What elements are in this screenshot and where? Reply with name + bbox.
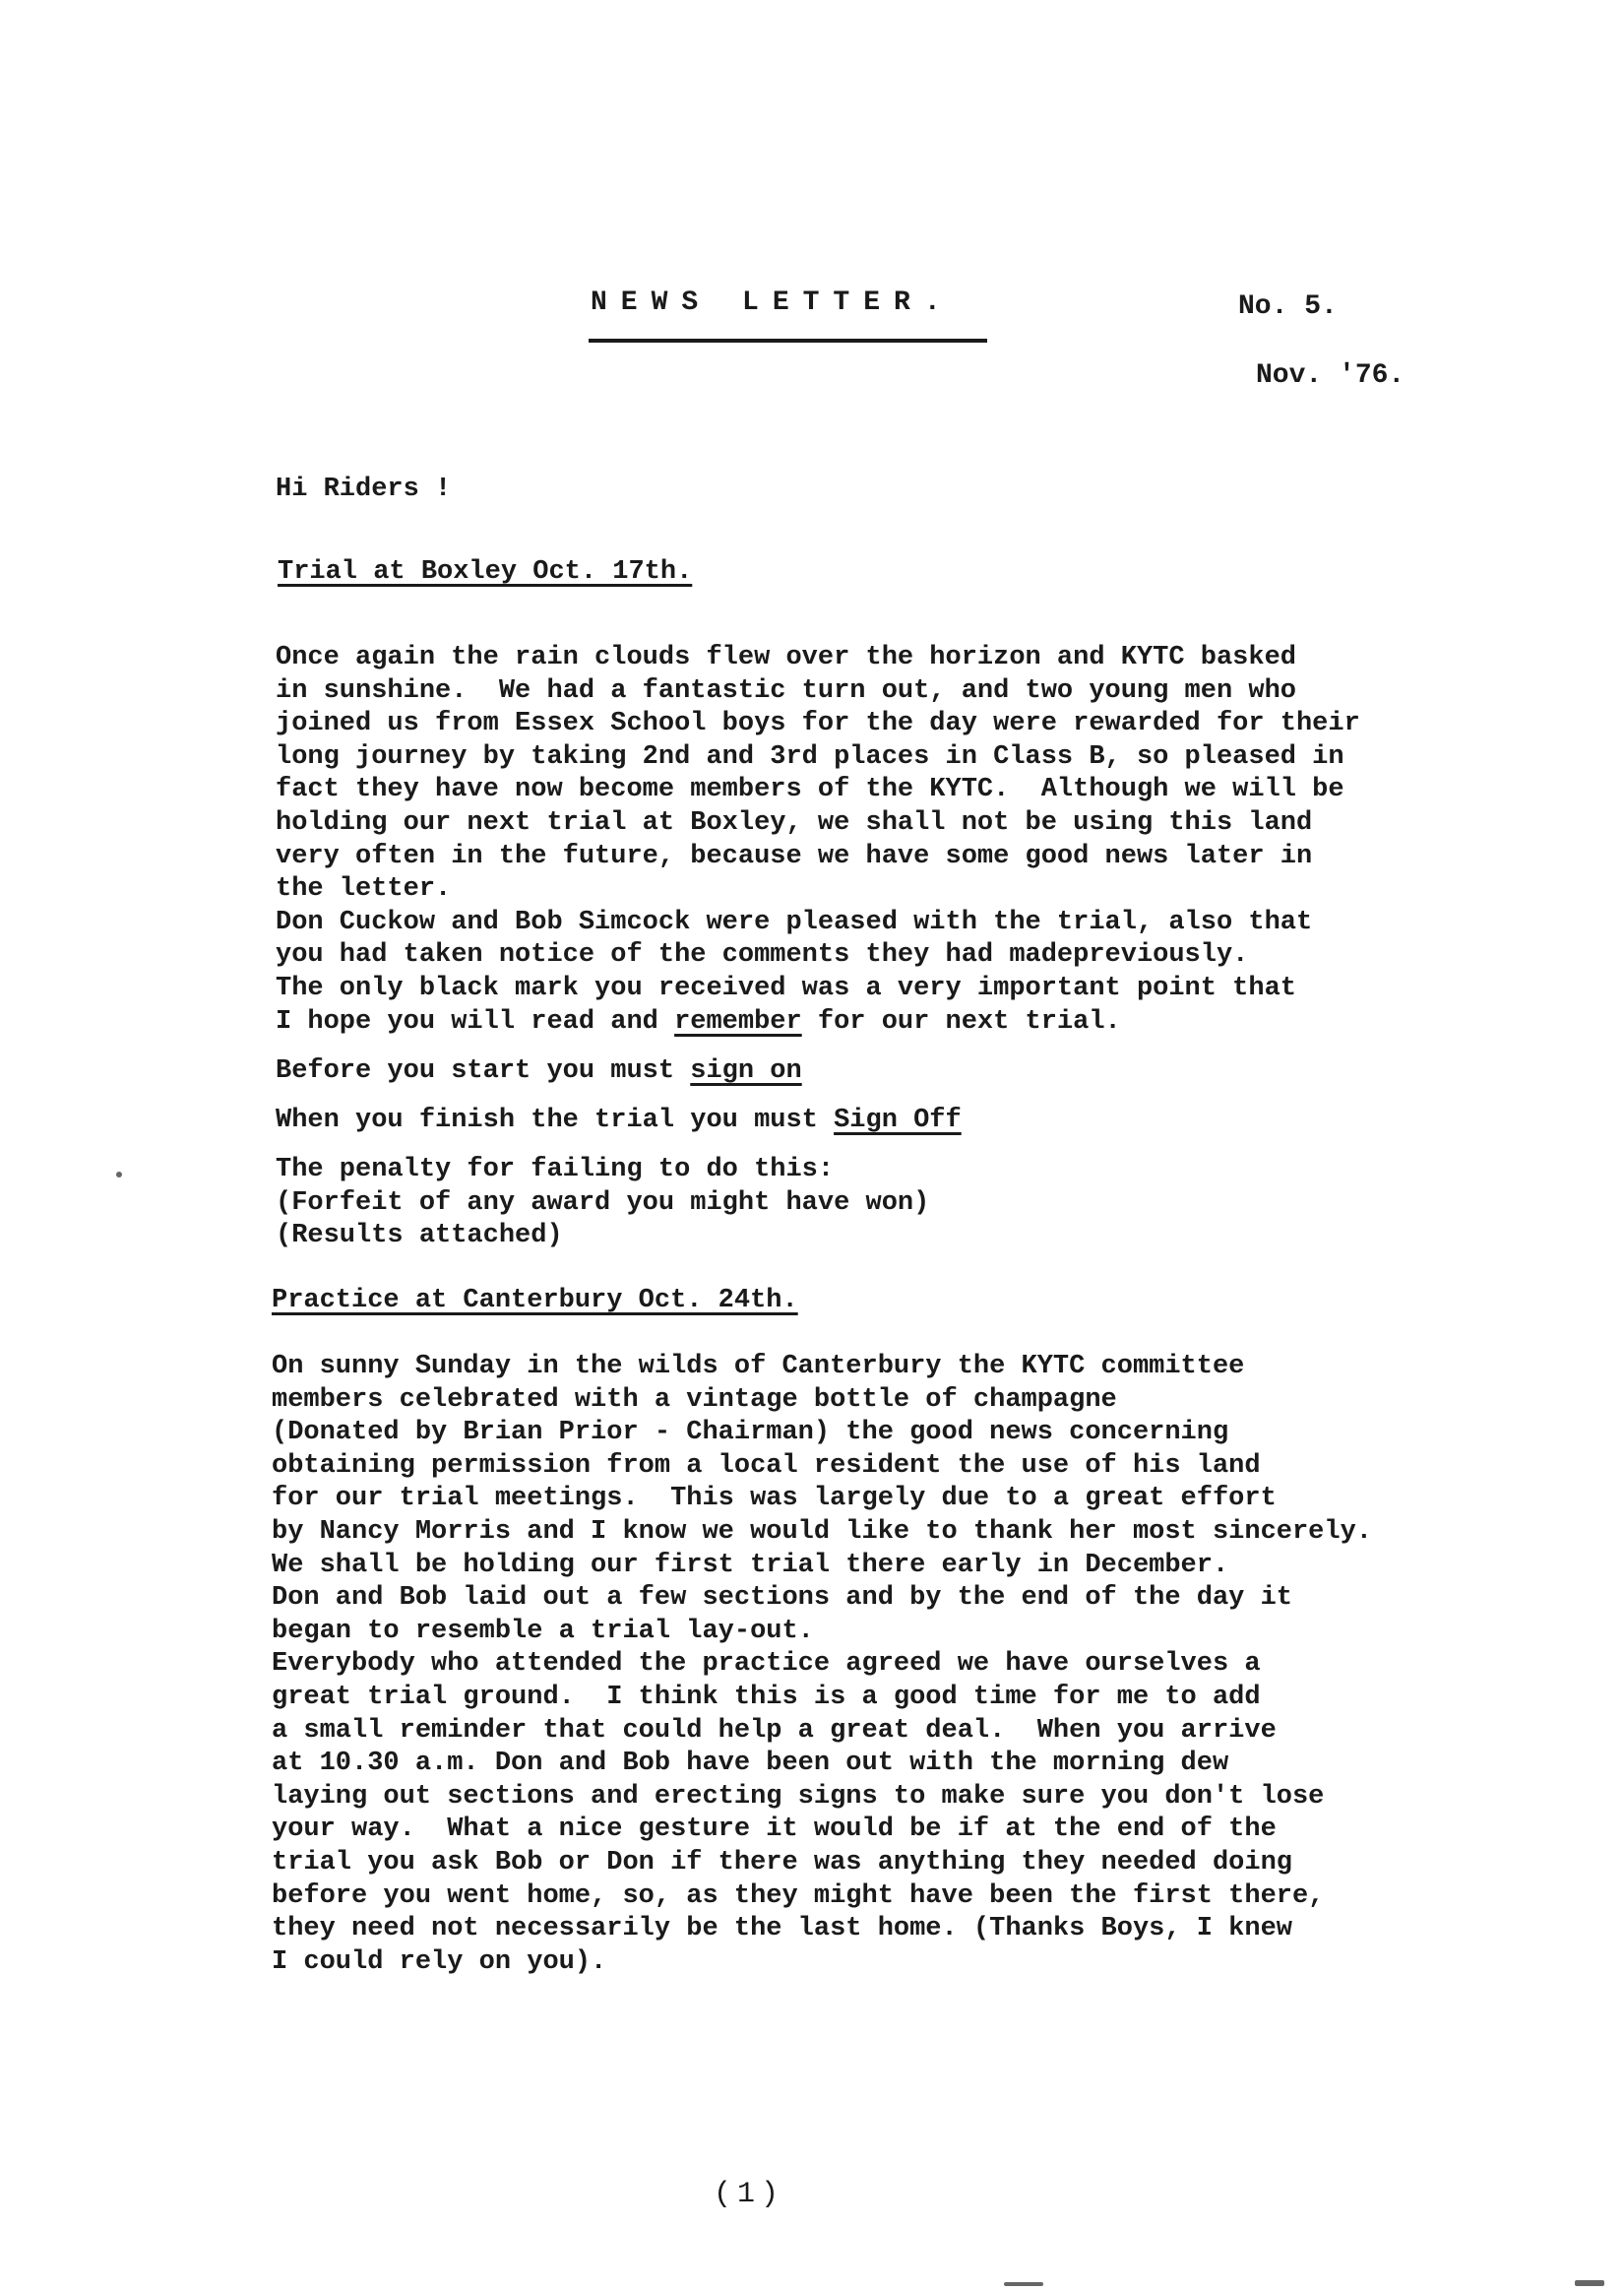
paragraph-line: long journey by taking 2nd and 3rd place… — [276, 741, 1360, 775]
sign-on-emphasis: sign on — [690, 1056, 801, 1086]
paragraph-line: I could rely on you). — [272, 1946, 1372, 1980]
newsletter-page: NEWS LETTER. No. 5. Nov. '76. Hi Riders … — [0, 0, 1624, 2292]
penalty-line: (Forfeit of any award you might have won… — [276, 1187, 929, 1221]
paragraph-line: laying out sections and erecting signs t… — [272, 1781, 1372, 1814]
paragraph-line: On sunny Sunday in the wilds of Canterbu… — [272, 1351, 1372, 1384]
paragraph-line: The only black mark you received was a v… — [276, 973, 1360, 1006]
paragraph-line: Everybody who attended the practice agre… — [272, 1648, 1372, 1682]
page-number: (1) — [714, 2178, 784, 2211]
paragraph-line: for our trial meetings. This was largely… — [272, 1483, 1372, 1516]
scan-speck — [1004, 2282, 1043, 2286]
issue-number: No. 5. — [1238, 291, 1338, 322]
remember-emphasis: remember — [674, 1007, 802, 1037]
paragraph-line: members celebrated with a vintage bottle… — [272, 1384, 1372, 1418]
scan-speck — [1575, 2280, 1604, 2286]
section-heading-canterbury: Practice at Canterbury Oct. 24th. — [272, 1286, 798, 1315]
remember-line: I hope you will read and remember for ou… — [276, 1006, 1360, 1040]
issue-date: Nov. '76. — [1256, 360, 1405, 391]
paragraph-line: they need not necessarily be the last ho… — [272, 1913, 1372, 1946]
paragraph-line: your way. What a nice gesture it would b… — [272, 1814, 1372, 1847]
greeting: Hi Riders ! — [276, 475, 451, 504]
paragraph-line: Don Cuckow and Bob Simcock were pleased … — [276, 907, 1360, 940]
sign-off-line: When you finish the trial you must Sign … — [276, 1105, 962, 1138]
paragraph-line: at 10.30 a.m. Don and Bob have been out … — [272, 1748, 1372, 1781]
scan-speck — [116, 1172, 122, 1178]
canterbury-paragraph: On sunny Sunday in the wilds of Canterbu… — [272, 1351, 1372, 1979]
paragraph-line: in sunshine. We had a fantastic turn out… — [276, 675, 1360, 709]
sign-on-line: Before you start you must sign on — [276, 1055, 802, 1089]
boxley-paragraph: Once again the rain clouds flew over the… — [276, 642, 1360, 1039]
penalty-block: The penalty for failing to do this:(Forf… — [276, 1154, 929, 1253]
paragraph-line: a small reminder that could help a great… — [272, 1715, 1372, 1749]
paragraph-line: began to resemble a trial lay-out. — [272, 1616, 1372, 1649]
paragraph-line: the letter. — [276, 873, 1360, 907]
paragraph-line: very often in the future, because we hav… — [276, 841, 1360, 874]
paragraph-line: (Donated by Brian Prior - Chairman) the … — [272, 1417, 1372, 1450]
sign-off-emphasis: Sign Off — [834, 1106, 962, 1135]
newsletter-title: NEWS LETTER. — [591, 287, 955, 318]
paragraph-line: trial you ask Bob or Don if there was an… — [272, 1847, 1372, 1880]
paragraph-line: Once again the rain clouds flew over the… — [276, 642, 1360, 675]
paragraph-line: obtaining permission from a local reside… — [272, 1450, 1372, 1484]
paragraph-line: by Nancy Morris and I know we would like… — [272, 1516, 1372, 1550]
paragraph-line: Don and Bob laid out a few sections and … — [272, 1582, 1372, 1616]
sign-off-text: When you finish the trial you must — [276, 1106, 834, 1135]
sign-on-text: Before you start you must — [276, 1056, 690, 1086]
paragraph-line: fact they have now become members of the… — [276, 774, 1360, 807]
paragraph-line: before you went home, so, as they might … — [272, 1880, 1372, 1914]
paragraph-line: We shall be holding our first trial ther… — [272, 1550, 1372, 1583]
paragraph-line: holding our next trial at Boxley, we sha… — [276, 807, 1360, 841]
section-heading-boxley: Trial at Boxley Oct. 17th. — [278, 557, 692, 587]
paragraph-line: joined us from Essex School boys for the… — [276, 708, 1360, 741]
penalty-line: (Results attached) — [276, 1220, 929, 1253]
title-underline — [589, 339, 987, 343]
paragraph-line: great trial ground. I think this is a go… — [272, 1682, 1372, 1715]
paragraph-line: you had taken notice of the comments the… — [276, 939, 1360, 973]
penalty-line: The penalty for failing to do this: — [276, 1154, 929, 1187]
